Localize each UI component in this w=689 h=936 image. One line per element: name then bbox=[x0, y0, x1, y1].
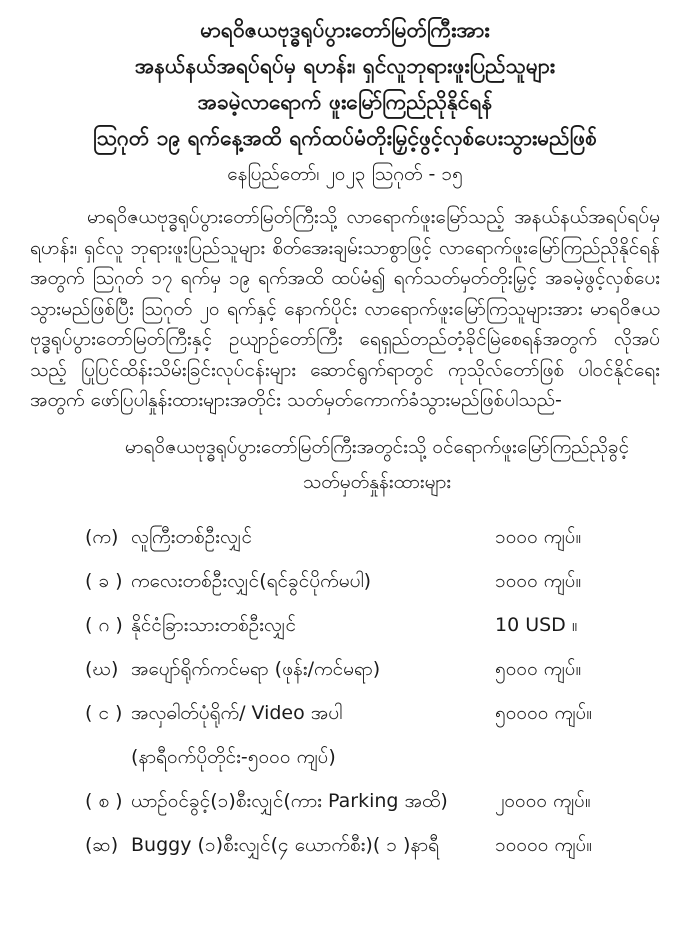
fee-row-buggy: (ဆ) Buggy (၁)စီးလျှင်(၄ ယောက်စီး)( ၁ )နာ… bbox=[30, 830, 660, 860]
fee-row-price: ၅၀၀၀ ကျပ်။ bbox=[495, 654, 660, 684]
fee-row-description: ယာဉ်ဝင်ခွင့်(၁)စီးလျှင်(ကား Parking အထိ) bbox=[131, 786, 495, 816]
title-line-2: အနယ်နယ်အရပ်ရပ်မှ ရဟန်း၊ ရှင်လူဘုရားဖူးပြ… bbox=[30, 48, 660, 84]
fee-row-description: လူကြီးတစ်ဦးလျှင် bbox=[131, 522, 495, 552]
body-paragraph: မာရဝိဇယဗုဒ္ဓရုပ်ပွားတော်မြတ်ကြီးသို့ လာရ… bbox=[30, 202, 660, 416]
fee-row-price: ၅၀၀၀၀ ကျပ်။ bbox=[495, 698, 660, 728]
fee-row-adult: (က) လူကြီးတစ်ဦးလျှင် ၁၀၀၀ ကျပ်။ bbox=[30, 522, 660, 552]
fee-row-description: အလှဓါတ်ပုံရိုက်/ Video အပါ bbox=[131, 698, 495, 728]
fee-row-label: (ဃ) bbox=[85, 654, 131, 684]
fee-row-child: ( ခ ) ကလေးတစ်ဦးလျှင်(ရင်ခွင်ပိုက်မပါ) ၁၀… bbox=[30, 566, 660, 596]
fee-row-description: အပျော်ရိုက်ကင်မရာ (ဖုန်း/ကင်မရာ) bbox=[131, 654, 495, 684]
dateline: နေပြည်တော်၊ ၂၀၂၃ သြဂုတ် - ၁၅ bbox=[30, 156, 660, 192]
fee-row-price: ၁၀၀၀ ကျပ်။ bbox=[495, 566, 660, 596]
fee-row-price: 10 USD ။ bbox=[495, 610, 660, 640]
fee-row-description: ကလေးတစ်ဦးလျှင်(ရင်ခွင်ပိုက်မပါ) bbox=[131, 566, 495, 596]
fee-schedule-list: (က) လူကြီးတစ်ဦးလျှင် ၁၀၀၀ ကျပ်။ ( ခ ) ကလ… bbox=[30, 522, 660, 860]
fee-row-price: ၂၀၀၀၀ ကျပ်။ bbox=[495, 786, 660, 816]
fee-row-foreigner: ( ဂ ) နိုင်ငံခြားသားတစ်ဦးလျှင် 10 USD ။ bbox=[30, 610, 660, 640]
title-line-3: အခမဲ့လာရောက် ဖူးမြော်ကြည်ညိုနိုင်ရန် bbox=[30, 84, 660, 120]
fee-row-label: (ဆ) bbox=[85, 830, 131, 860]
fee-row-label: ( င ) bbox=[85, 698, 131, 728]
fee-row-label: ( စ ) bbox=[85, 786, 131, 816]
fee-row-label: (က) bbox=[85, 522, 131, 552]
fee-heading-line-2: သတ်မှတ်နှုန်းထားများ bbox=[94, 465, 660, 500]
fee-row-photo-video: ( င ) အလှဓါတ်ပုံရိုက်/ Video အပါ ၅၀၀၀၀ က… bbox=[30, 698, 660, 728]
fee-row-casual-camera: (ဃ) အပျော်ရိုက်ကင်မရာ (ဖုန်း/ကင်မရာ) ၅၀၀… bbox=[30, 654, 660, 684]
fee-row-description: နိုင်ငံခြားသားတစ်ဦးလျှင် bbox=[131, 610, 495, 640]
fee-row-price: ၁၀၀၀၀ ကျပ်။ bbox=[495, 830, 660, 860]
fee-row-photo-video-note: (နာရီဝက်ပိုတိုင်း-၅၀၀၀ ကျပ်) bbox=[30, 742, 660, 772]
document-title: မာရဝိဇယဗုဒ္ဓရုပ်ပွားတော်မြတ်ကြီးအား အနယ်… bbox=[30, 12, 660, 156]
fee-row-price: ၁၀၀၀ ကျပ်။ bbox=[495, 522, 660, 552]
announcement-document: မာရဝိဇယဗုဒ္ဓရုပ်ပွားတော်မြတ်ကြီးအား အနယ်… bbox=[0, 0, 689, 936]
fee-row-description: Buggy (၁)စီးလျှင်(၄ ယောက်စီး)( ၁ )နာရီ bbox=[131, 830, 495, 860]
fee-schedule-heading: မာရဝိဇယဗုဒ္ဓရုပ်ပွားတော်မြတ်ကြီးအတွင်းသိ… bbox=[30, 430, 660, 500]
title-line-1: မာရဝိဇယဗုဒ္ဓရုပ်ပွားတော်မြတ်ကြီးအား bbox=[30, 12, 660, 48]
fee-heading-line-1: မာရဝိဇယဗုဒ္ဓရုပ်ပွားတော်မြတ်ကြီးအတွင်းသိ… bbox=[94, 430, 660, 465]
fee-row-label: ( ဂ ) bbox=[85, 610, 131, 640]
title-line-4: သြဂုတ် ၁၉ ရက်နေ့အထိ ရက်ထပ်မံတိုးမြှင့်ဖွ… bbox=[30, 120, 660, 156]
fee-row-vehicle-entry: ( စ ) ယာဉ်ဝင်ခွင့်(၁)စီးလျှင်(ကား Parkin… bbox=[30, 786, 660, 816]
fee-row-label: ( ခ ) bbox=[85, 566, 131, 596]
